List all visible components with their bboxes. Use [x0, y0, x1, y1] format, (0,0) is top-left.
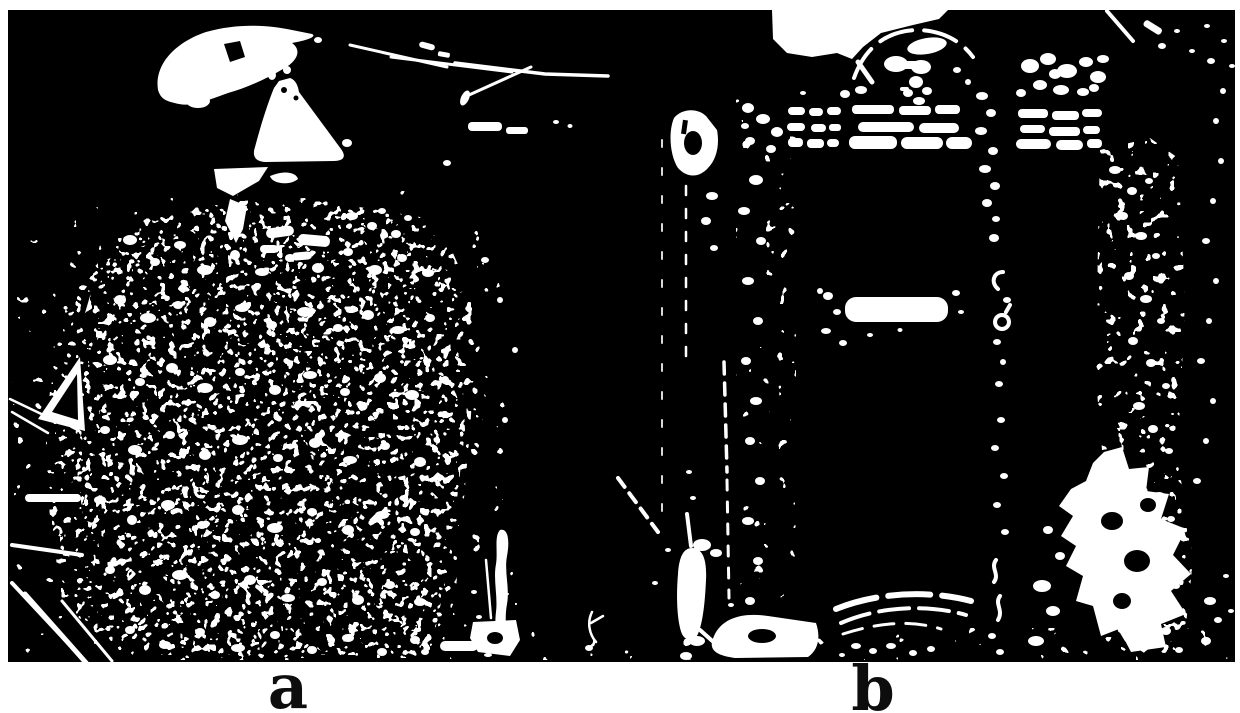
- patent-photo-figure: a b: [0, 0, 1240, 713]
- bottom-edge-speckles: [10, 628, 1232, 660]
- rock-speckle-field: [12, 160, 520, 658]
- panel-a-caption: a: [256, 656, 320, 713]
- photo-collage: [0, 0, 1240, 713]
- frame-speckles: [736, 96, 796, 660]
- panel-b-caption: b: [841, 658, 905, 713]
